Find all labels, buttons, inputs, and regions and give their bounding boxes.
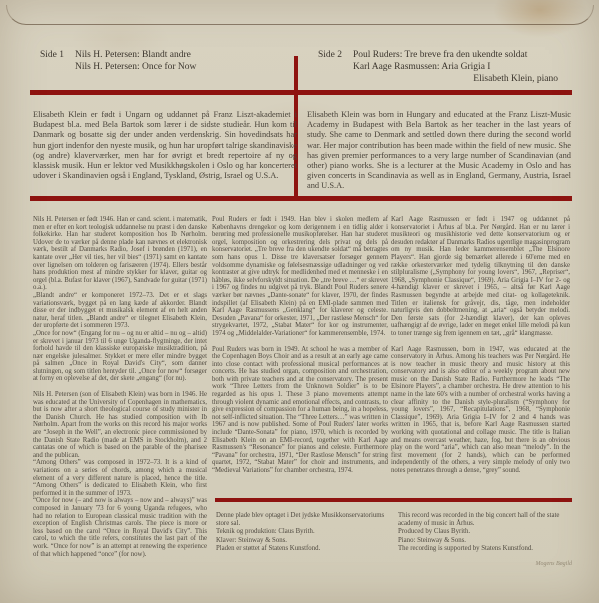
designer-credit: Mogens Bøgild [500, 561, 572, 567]
side2-label: Side 2 [318, 50, 353, 73]
bottom-horizontal-rule [215, 498, 572, 502]
side1-track-2: Nils H. Petersen: Once for Now [75, 62, 290, 74]
liner-notes-column-ruders: Poul Ruders er født i 1949. Han blev i s… [212, 216, 388, 475]
sleeve-seam-line [6, 5, 594, 25]
middle-horizontal-rule [30, 196, 572, 201]
intro-paragraph-english: Elisabeth Klein was born in Hungary and … [307, 110, 571, 192]
credit-line: Klaver: Steinway & Sons. [216, 537, 388, 545]
credit-line: Teknik og produktion: Claus Byrith. [216, 528, 388, 536]
performer-credit: Elisabeth Klein, piano [318, 74, 560, 86]
petersen-danish-para-1: Nils H. Petersen er født 1946. Han er ca… [33, 216, 207, 292]
side2-track-2: Karl Aage Rasmussen: Aria Grigia I [353, 62, 560, 74]
side1-tracklist: Side 1 Nils H. Petersen: Blandt andre Ni… [40, 50, 290, 73]
production-credits-english: This record was recorded in the big conc… [398, 512, 572, 553]
credit-line: The recording is supported by Statens Ku… [398, 545, 572, 553]
petersen-danish-para-3: „Once for now“ (Engang for nu – og nu er… [33, 330, 207, 383]
petersen-danish-para-2: „Blandt andre“ er komponeret 1972–73. De… [33, 292, 207, 330]
rasmussen-danish-para: Karl Aage Rasmussen er født i 1947 og ud… [391, 216, 570, 338]
liner-notes-column-rasmussen: Karl Aage Rasmussen er født i 1947 og ud… [391, 216, 570, 475]
petersen-english-para-3: “Once for now (– and now is always – now… [33, 497, 207, 558]
liner-notes-column-petersen: Nils H. Petersen er født 1946. Han er ca… [33, 216, 207, 558]
side1-track-1: Nils H. Petersen: Blandt andre [75, 50, 290, 62]
ruders-danish-para: Poul Ruders er født i 1949. Han blev i s… [212, 216, 388, 338]
credit-line: Produced by Claus Byrith. [398, 528, 572, 536]
credit-line: Piano: Steinway & Sons. [398, 537, 572, 545]
side2-tracklist: Side 2 Poul Ruders: Tre breve fra den uk… [318, 50, 560, 86]
side2-track-1: Poul Ruders: Tre breve fra den ukendte s… [353, 50, 560, 62]
top-horizontal-rule [30, 90, 572, 95]
petersen-english-para-1: Nils H. Petersen (son of Elisabeth Klein… [33, 391, 207, 459]
production-credits-danish: Denne plade blev optaget i Det jydske Mu… [216, 512, 388, 553]
ruders-english-para: Poul Ruders was born in 1949. At school … [212, 346, 388, 475]
credit-line: Pladen er støttet af Statens Kunstfond. [216, 545, 388, 553]
side1-label: Side 1 [40, 50, 75, 73]
credit-line: This record was recorded in the big conc… [398, 512, 572, 528]
petersen-english-para-2: “Among Others” was composed in 1972–73. … [33, 459, 207, 497]
album-back-cover: Side 1 Nils H. Petersen: Blandt andre Ni… [0, 0, 599, 603]
intro-paragraph-danish: Elisabeth Klein er født i Ungarn og udda… [33, 110, 297, 181]
credit-line: Denne plade blev optaget i Det jydske Mu… [216, 512, 388, 528]
rasmussen-english-para: Karl Aage Rasmussen, born in 1947, was e… [391, 346, 570, 475]
